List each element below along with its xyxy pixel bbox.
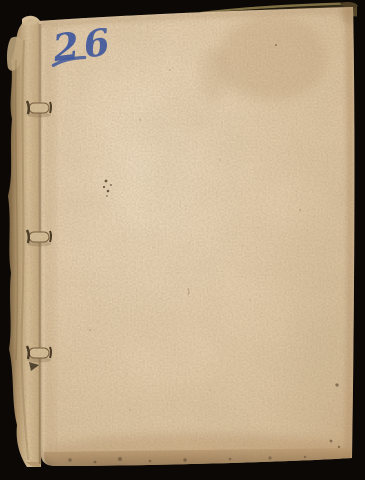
book-photo-canvas: 26 bbox=[0, 0, 365, 480]
parchment-grain bbox=[0, 0, 365, 480]
parchment-texture bbox=[0, 0, 365, 480]
book-photograph: 26 bbox=[0, 0, 365, 480]
